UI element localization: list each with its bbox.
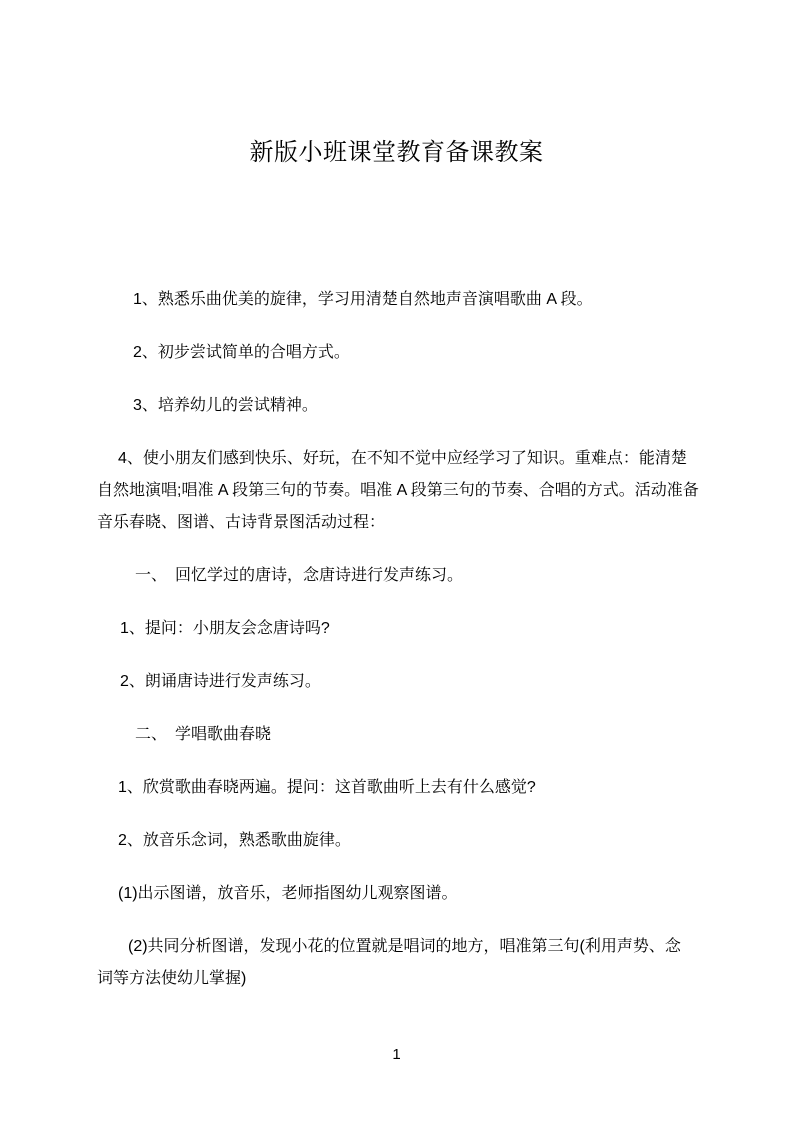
document-title: 新版小班课堂教育备课教案 [0,138,793,168]
paragraph-line: 一、 回忆学过的唐诗，念唐诗进行发声练习。 [97,560,709,592]
paragraph-section2-item-1: 1、欣赏歌曲春晓两遍。提问：这首歌曲听上去有什么感觉? [97,772,709,804]
page-number-footer: 1 [0,1045,793,1065]
paragraph-line: 2、朗诵唐诗进行发声练习。 [97,666,709,698]
paragraph-section-1-heading: 一、 回忆学过的唐诗，念唐诗进行发声练习。 [97,560,709,592]
paragraph-objective-3: 3、培养幼儿的尝试精神。 [97,390,709,422]
paragraph-line: 1、熟悉乐曲优美的旋律，学习用清楚自然地声音演唱歌曲 A 段。 [97,284,709,316]
paragraph-line: 1、欣赏歌曲春晓两遍。提问：这首歌曲听上去有什么感觉? [97,772,709,804]
document-page: 新版小班课堂教育备课教案 1、熟悉乐曲优美的旋律，学习用清楚自然地声音演唱歌曲 … [0,0,793,1122]
paragraph-line: 2、放音乐念词，熟悉歌曲旋律。 [97,825,709,857]
paragraph-objective-4-key-points: 4、使小朋友们感到快乐、好玩，在不知不觉中应经学习了知识。重难点：能清楚 自然地… [97,443,709,539]
paragraph-section-2-heading: 二、 学唱歌曲春晓 [97,719,709,751]
paragraph-line: 4、使小朋友们感到快乐、好玩，在不知不觉中应经学习了知识。重难点：能清楚 [97,443,709,475]
paragraph-line: 2、初步尝试简单的合唱方式。 [97,337,709,369]
paragraph-objective-1: 1、熟悉乐曲优美的旋律，学习用清楚自然地声音演唱歌曲 A 段。 [97,284,709,316]
paragraph-step-1: (1)出示图谱，放音乐，老师指图幼儿观察图谱。 [97,878,709,910]
paragraph-line: 音乐春晓、图谱、古诗背景图活动过程： [97,507,709,539]
paragraph-line: 1、提问：小朋友会念唐诗吗? [97,613,709,645]
paragraph-line: 3、培养幼儿的尝试精神。 [97,390,709,422]
paragraph-objective-2: 2、初步尝试简单的合唱方式。 [97,337,709,369]
paragraph-line: 自然地演唱;唱准 A 段第三句的节奏。唱准 A 段第三句的节奏、合唱的方式。活动… [97,475,709,507]
paragraph-line: (2)共同分析图谱，发现小花的位置就是唱词的地方，唱准第三句(利用声势、念 [97,931,709,963]
paragraph-section1-item-1: 1、提问：小朋友会念唐诗吗? [97,613,709,645]
paragraph-line: (1)出示图谱，放音乐，老师指图幼儿观察图谱。 [97,878,709,910]
paragraph-section1-item-2: 2、朗诵唐诗进行发声练习。 [97,666,709,698]
paragraph-section2-item-2: 2、放音乐念词，熟悉歌曲旋律。 [97,825,709,857]
paragraph-line: 词等方法使幼儿掌握) [97,963,709,995]
paragraph-step-2: (2)共同分析图谱，发现小花的位置就是唱词的地方，唱准第三句(利用声势、念 词等… [97,931,709,995]
document-body: 1、熟悉乐曲优美的旋律，学习用清楚自然地声音演唱歌曲 A 段。 2、初步尝试简单… [97,284,709,1016]
paragraph-line: 二、 学唱歌曲春晓 [97,719,709,751]
